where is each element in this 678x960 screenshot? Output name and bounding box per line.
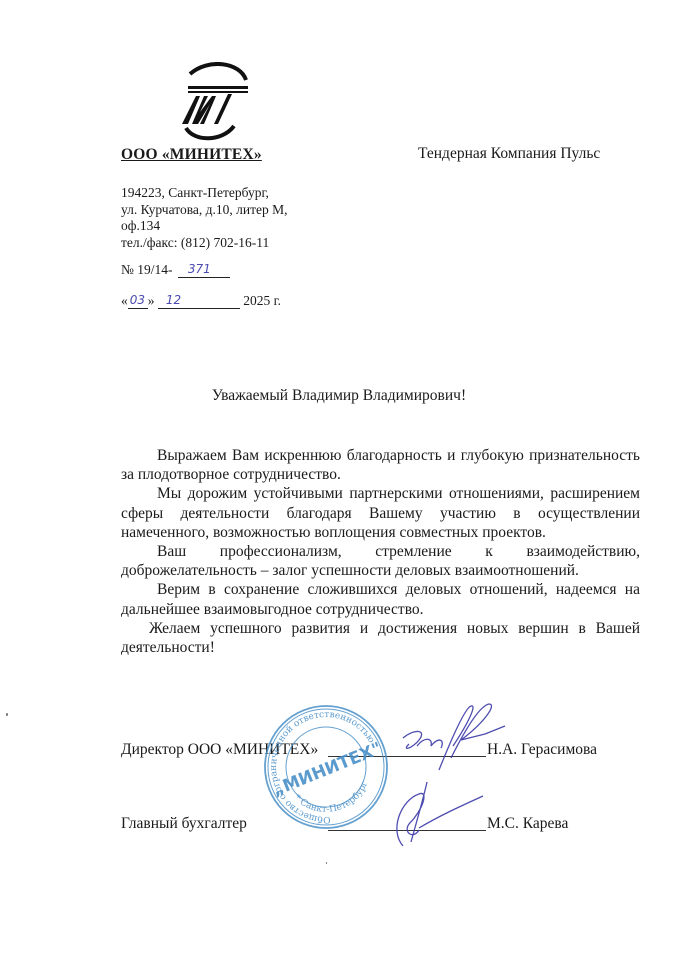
handwritten-month: 12: [166, 293, 181, 307]
director-signature: [395, 700, 510, 785]
address-line: ул. Курчатова, д.10, литер М,: [121, 202, 288, 219]
scan-speck: [326, 862, 327, 864]
signatory-name: М.С. Карева: [487, 815, 568, 833]
body-paragraph: Верим в сохранение сложившихся деловых о…: [121, 580, 640, 618]
scan-speck: [6, 713, 8, 716]
phone-fax-line: тел./факс: (812) 702-16-11: [121, 235, 288, 252]
greeting: Уважаемый Владимир Владимирович!: [0, 387, 678, 405]
stamp-seal-icon: Общество с ограниченной ответственностью…: [262, 703, 390, 831]
letter-body: Выражаем Вам искреннюю благодарность и г…: [121, 446, 640, 657]
minitech-logo-icon: [168, 62, 258, 144]
quote-close: »: [148, 293, 155, 308]
address-line: оф.134: [121, 218, 288, 235]
handwritten-number: 371: [188, 262, 211, 276]
reference-number-field: 371: [178, 263, 230, 278]
company-address: 194223, Санкт-Петербург, ул. Курчатова, …: [121, 185, 288, 251]
signatory-role: Главный бухгалтер: [121, 815, 247, 833]
body-paragraph: Желаем успешного развития и достижения н…: [121, 619, 640, 657]
year: 2025 г.: [243, 293, 281, 308]
recipient-name: Тендерная Компания Пульс: [418, 145, 600, 163]
day-field: 03: [128, 294, 148, 309]
handwritten-signature-icon: [383, 780, 493, 850]
company-name: ООО «МИНИТЕХ»: [121, 146, 262, 164]
body-paragraph: Ваш профессионализм, стремление к взаимо…: [121, 542, 640, 580]
quote-open: «: [121, 293, 128, 308]
handwritten-day: 03: [130, 293, 145, 307]
month-field: 12: [158, 294, 240, 309]
company-logo: [168, 62, 258, 144]
letter-date: «03» 12 2025 г.: [121, 293, 281, 309]
reference-prefix: № 19/14-: [121, 262, 173, 277]
reference-number: № 19/14- 371: [121, 262, 230, 278]
address-line: 194223, Санкт-Петербург,: [121, 185, 288, 202]
company-stamp: Общество с ограниченной ответственностью…: [262, 703, 390, 831]
svg-text:„МИНИТЕХ": „МИНИТЕХ": [270, 739, 385, 801]
accountant-signature: [383, 780, 493, 850]
body-paragraph: Мы дорожим устойчивыми партнерскими отно…: [121, 484, 640, 542]
body-paragraph: Выражаем Вам искреннюю благодарность и г…: [121, 446, 640, 484]
handwritten-signature-icon: [395, 700, 510, 785]
